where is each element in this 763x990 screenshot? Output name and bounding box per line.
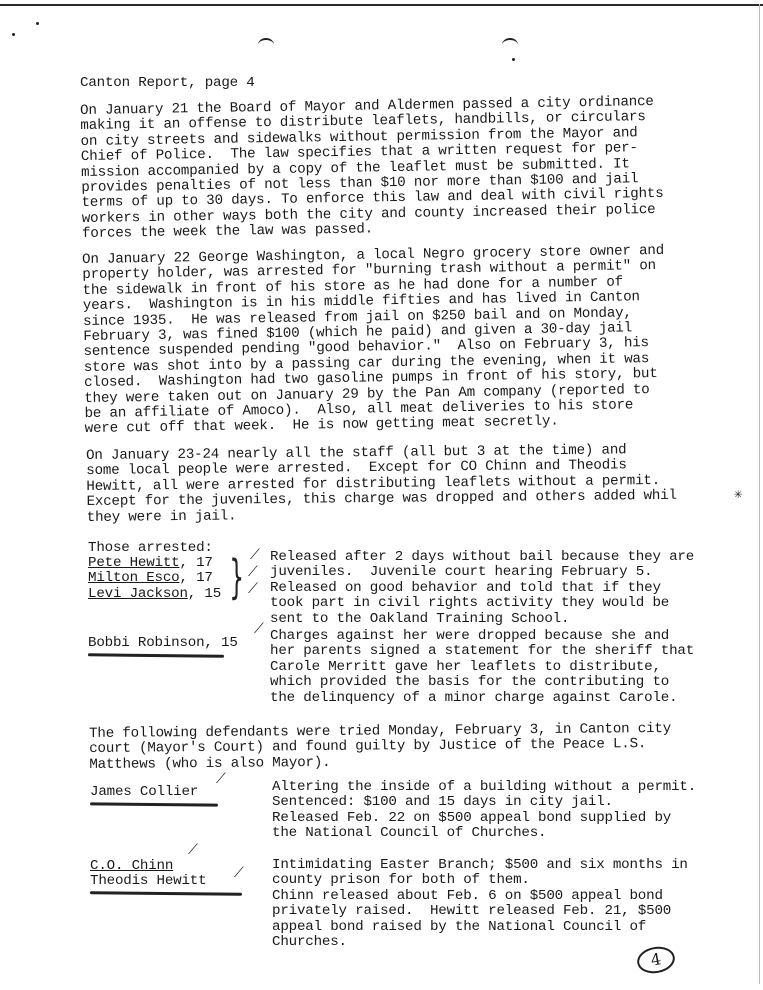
- scan-top-border: [0, 4, 763, 6]
- defendant-name: C.O. Chinn: [90, 859, 206, 874]
- text-line: Matthews (who is also Mayor).: [89, 753, 671, 773]
- arrestee-name: Pete Hewitt: [88, 555, 179, 571]
- text-line: Altering the inside of a building withou…: [272, 780, 696, 795]
- checkmark-icon: ⟋: [254, 622, 264, 638]
- checkmark-icon: ⟋: [250, 548, 260, 564]
- arrestee-age: 17: [196, 570, 213, 586]
- handwritten-underline: [90, 891, 242, 896]
- defendant-name: James Collier: [90, 785, 198, 800]
- text-line: Intimidating Easter Branch; $500 and six…: [272, 858, 688, 873]
- text-line: Released on good behavior and told that …: [270, 581, 694, 596]
- defendant-name: Theodis Hewitt: [90, 874, 206, 889]
- arrestee-name: Milton Esco: [88, 570, 179, 586]
- text-line: Charges against her were dropped because…: [270, 629, 694, 644]
- punch-hole-right-icon: [502, 38, 518, 52]
- arrestee-row: Milton Esco, 17: [88, 571, 221, 586]
- arrestee-row: Levi Jackson, 15: [88, 587, 221, 602]
- arrestee-age: 15: [221, 635, 238, 651]
- checkmark-icon: ⟋: [188, 843, 198, 859]
- brace-icon: }: [229, 554, 244, 600]
- page-title: Canton Report, page 4: [80, 76, 255, 91]
- speck-mark: [12, 33, 15, 36]
- text-line: the delinquency of a minor charge agains…: [270, 691, 694, 706]
- arrestee-age: 15: [204, 586, 221, 602]
- paragraph-trial-intro: The following defendants were tried Mond…: [89, 722, 671, 773]
- text-line: Released Feb. 22 on $500 appeal bond sup…: [272, 811, 696, 826]
- handwritten-underline: [88, 653, 224, 657]
- checkmark-icon: ⟋: [248, 565, 258, 581]
- text-line: her parents signed a statement for the s…: [270, 644, 694, 659]
- paragraph-staff-arrests: On January 23-24 nearly all the staff (a…: [86, 443, 677, 526]
- speck-mark: [512, 58, 515, 61]
- arrestee-age: 17: [196, 555, 213, 571]
- paragraph-ordinance: On January 21 the Board of Mayor and Ald…: [80, 95, 664, 243]
- defendant-details: Intimidating Easter Branch; $500 and six…: [272, 858, 688, 950]
- text-line: took part in civil rights activity they …: [270, 596, 694, 611]
- arrestee-name: Bobbi Robinson: [88, 635, 204, 651]
- text-line: appeal bond raised by the National Counc…: [272, 920, 688, 935]
- checkmark-icon: ⟋: [248, 582, 258, 598]
- speck-mark: [36, 22, 39, 25]
- text-line: Churches.: [272, 935, 688, 950]
- text-line: county prison for both of them.: [272, 873, 688, 888]
- bobbi-note: Charges against her were dropped because…: [270, 629, 694, 706]
- arrestee-row: Pete Hewitt, 17: [88, 556, 221, 571]
- juvenile-list: Pete Hewitt, 17 Milton Esco, 17 Levi Jac…: [88, 556, 221, 602]
- handwritten-underline: [90, 802, 218, 806]
- checkmark-icon: ⟋: [234, 866, 244, 882]
- scan-right-border: [759, 4, 760, 984]
- defendant-details: Altering the inside of a building withou…: [272, 780, 696, 842]
- text-line: which provided the basis for the contrib…: [270, 675, 694, 690]
- juvenile-note: Released after 2 days without bail becau…: [270, 550, 694, 627]
- defendant-names: C.O. Chinn Theodis Hewitt: [90, 859, 206, 890]
- checkmark-icon: ⟋: [216, 772, 226, 788]
- text-line: Sentenced: $100 and 15 days in city jail…: [272, 795, 696, 810]
- arrestee-name: Levi Jackson: [88, 586, 188, 602]
- text-line: privately raised. Hewitt released Feb. 2…: [272, 904, 688, 919]
- arrestee-row: Bobbi Robinson, 15: [88, 636, 238, 651]
- paragraph-washington: On January 22 George Washington, a local…: [82, 244, 667, 438]
- text-line: the National Council of Churches.: [272, 826, 696, 841]
- text-line: sent to the Oakland Training School.: [270, 612, 694, 627]
- text-line: Chinn released about Feb. 6 on $500 appe…: [272, 889, 688, 904]
- margin-asterisk-icon: ✳: [734, 486, 742, 503]
- text-line: Carole Merritt gave her leaflets to dist…: [270, 660, 694, 675]
- text-line: Released after 2 days without bail becau…: [270, 550, 694, 565]
- text-line: juveniles. Juvenile court hearing Februa…: [270, 565, 694, 580]
- punch-hole-left-icon: [258, 38, 274, 52]
